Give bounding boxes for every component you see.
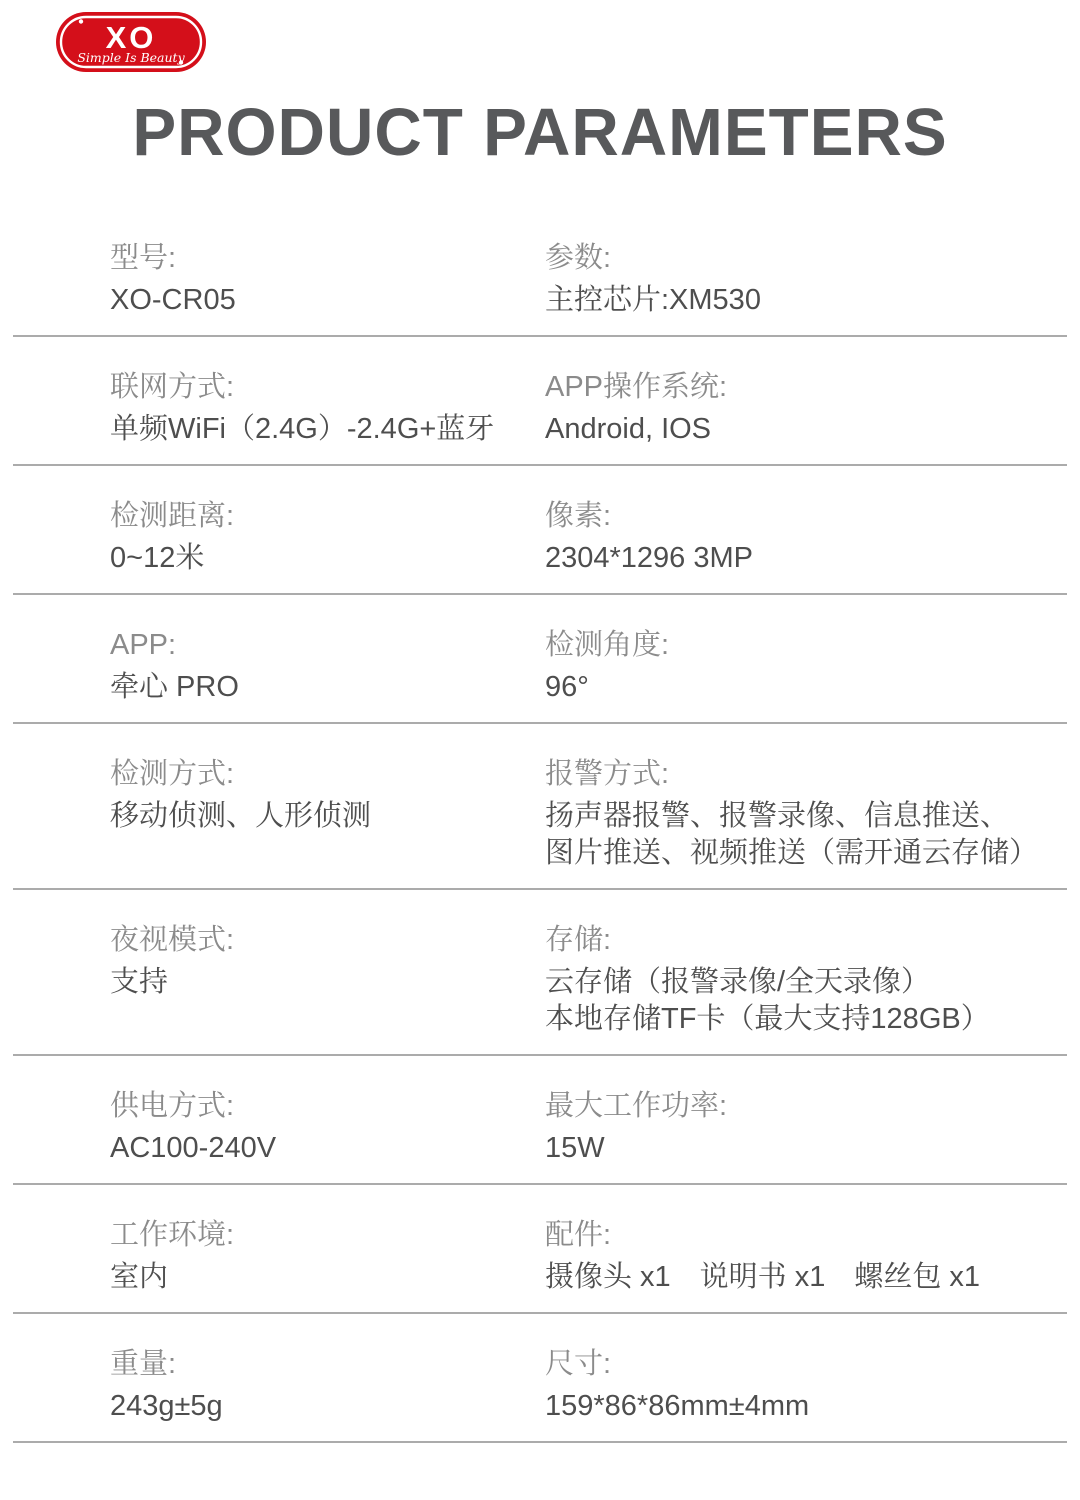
- param-accessories: 配件: 摄像头 x1 说明书 x1 螺丝包 x1: [545, 1217, 1067, 1296]
- param-label: 工作环境:: [110, 1217, 545, 1254]
- param-value: 云存储（报警录像/全天录像） 本地存储TF卡（最大支持128GB）: [545, 964, 1057, 1038]
- param-power-supply: 供电方式: AC100-240V: [13, 1088, 545, 1167]
- param-dimensions: 尺寸: 159*86*86mm±4mm: [545, 1346, 1067, 1425]
- product-parameters-page: XO Simple Is Beauty PRODUCT PARAMETERS 型…: [0, 0, 1080, 1500]
- table-row-detection-distance: 检测距离: 0~12米 像素: 2304*1296 3MP: [13, 466, 1067, 595]
- param-alarm-method: 报警方式: 扬声器报警、报警录像、信息推送、 图片推送、视频推送（需开通云存储）: [545, 756, 1067, 872]
- param-value: XO-CR05: [110, 282, 545, 319]
- param-value: 2304*1296 3MP: [545, 540, 1057, 577]
- param-detection-distance: 检测距离: 0~12米: [13, 498, 545, 577]
- param-value: 0~12米: [110, 540, 545, 577]
- param-value: 室内: [110, 1259, 545, 1296]
- param-app-os: APP操作系统: Android, IOS: [545, 369, 1067, 448]
- param-value: 159*86*86mm±4mm: [545, 1388, 1057, 1425]
- param-pixels: 像素: 2304*1296 3MP: [545, 498, 1067, 577]
- param-value: 15W: [545, 1130, 1057, 1167]
- param-label: 检测角度:: [545, 627, 1057, 664]
- param-value: 扬声器报警、报警录像、信息推送、 图片推送、视频推送（需开通云存储）: [545, 798, 1057, 872]
- table-row-night-vision: 夜视模式: 支持 存储: 云存储（报警录像/全天录像） 本地存储TF卡（最大支持…: [13, 890, 1067, 1056]
- param-label: 尺寸:: [545, 1346, 1057, 1383]
- param-detection-angle: 检测角度: 96°: [545, 627, 1067, 706]
- param-value: 单频WiFi（2.4G）-2.4G+蓝牙: [110, 411, 545, 448]
- param-network-mode: 联网方式: 单频WiFi（2.4G）-2.4G+蓝牙: [13, 369, 545, 448]
- table-row-work-environment: 工作环境: 室内 配件: 摄像头 x1 说明书 x1 螺丝包 x1: [13, 1185, 1067, 1314]
- param-max-power: 最大工作功率: 15W: [545, 1088, 1067, 1167]
- param-label: APP操作系统:: [545, 369, 1057, 406]
- param-value: Android, IOS: [545, 411, 1057, 448]
- param-label: 配件:: [545, 1217, 1057, 1254]
- param-night-vision: 夜视模式: 支持: [13, 922, 545, 1001]
- param-value: 243g±5g: [110, 1388, 545, 1425]
- param-label: 最大工作功率:: [545, 1088, 1057, 1125]
- param-label: 夜视模式:: [110, 922, 545, 959]
- param-label: APP:: [110, 627, 545, 664]
- param-value: AC100-240V: [110, 1130, 545, 1167]
- param-value: 牵心 PRO: [110, 669, 545, 706]
- table-row-power-supply: 供电方式: AC100-240V 最大工作功率: 15W: [13, 1056, 1067, 1185]
- parameters-table: 型号: XO-CR05 参数: 主控芯片:XM530 联网方式: 单频WiFi（…: [13, 208, 1067, 1443]
- param-label: 像素:: [545, 498, 1057, 535]
- param-chipset: 参数: 主控芯片:XM530: [545, 240, 1067, 319]
- table-row-weight: 重量: 243g±5g 尺寸: 159*86*86mm±4mm: [13, 1314, 1067, 1443]
- param-value: 主控芯片:XM530: [545, 282, 1057, 319]
- xo-brand-logo: XO Simple Is Beauty: [56, 12, 206, 72]
- param-label: 供电方式:: [110, 1088, 545, 1125]
- param-value: 摄像头 x1 说明书 x1 螺丝包 x1: [545, 1259, 1057, 1296]
- param-label: 检测方式:: [110, 756, 545, 793]
- table-row-network: 联网方式: 单频WiFi（2.4G）-2.4G+蓝牙 APP操作系统: Andr…: [13, 337, 1067, 466]
- param-work-environment: 工作环境: 室内: [13, 1217, 545, 1296]
- param-value: 96°: [545, 669, 1057, 706]
- page-title: PRODUCT PARAMETERS: [11, 94, 1069, 171]
- table-row-model: 型号: XO-CR05 参数: 主控芯片:XM530: [13, 208, 1067, 337]
- param-label: 联网方式:: [110, 369, 545, 406]
- param-value: 移动侦测、人形侦测: [110, 798, 545, 835]
- param-label: 型号:: [110, 240, 545, 277]
- table-row-app: APP: 牵心 PRO 检测角度: 96°: [13, 595, 1067, 724]
- param-label: 参数:: [545, 240, 1057, 277]
- param-model: 型号: XO-CR05: [13, 240, 545, 319]
- param-weight: 重量: 243g±5g: [13, 1346, 545, 1425]
- logo-tagline-text: Simple Is Beauty: [77, 50, 185, 65]
- param-detection-method: 检测方式: 移动侦测、人形侦测: [13, 756, 545, 835]
- param-label: 存储:: [545, 922, 1057, 959]
- xo-logo-icon: XO Simple Is Beauty: [56, 12, 206, 72]
- param-app: APP: 牵心 PRO: [13, 627, 545, 706]
- param-value: 支持: [110, 964, 545, 1001]
- param-label: 检测距离:: [110, 498, 545, 535]
- param-storage: 存储: 云存储（报警录像/全天录像） 本地存储TF卡（最大支持128GB）: [545, 922, 1067, 1038]
- param-label: 报警方式:: [545, 756, 1057, 793]
- param-label: 重量:: [110, 1346, 545, 1383]
- table-row-detection-method: 检测方式: 移动侦测、人形侦测 报警方式: 扬声器报警、报警录像、信息推送、 图…: [13, 724, 1067, 890]
